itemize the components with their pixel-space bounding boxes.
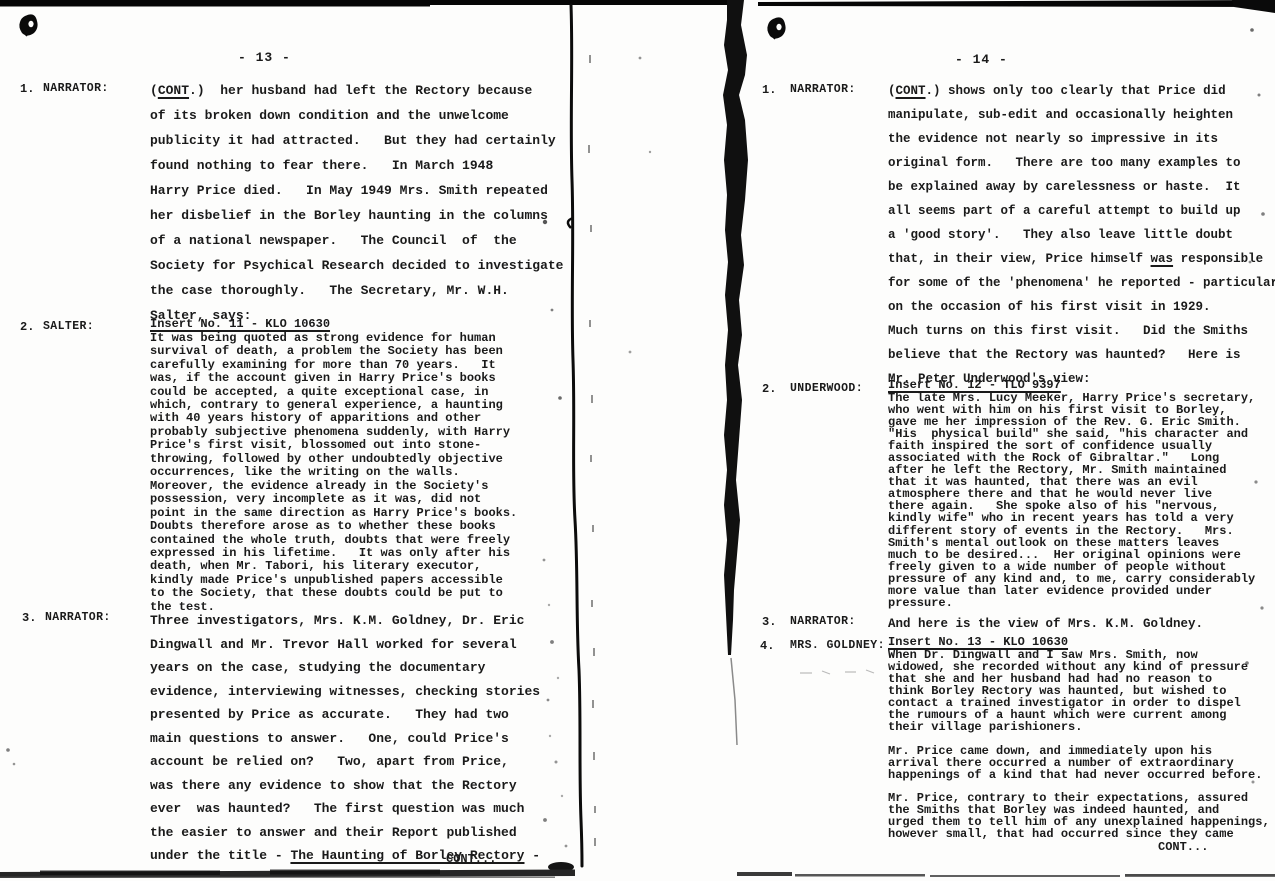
script-line: be explained away by carelessness or has…: [888, 175, 1241, 199]
script-line: the easier to answer and their Report pu…: [150, 821, 540, 845]
entry-number: 3.: [762, 615, 776, 629]
dialogue-block: And here is the view of Mrs. K.M. Goldne…: [888, 612, 1203, 636]
dialogue-block: for some of the 'phenomena' he reported …: [888, 271, 1275, 391]
script-line: Dingwall and Mr. Trevor Hall worked for …: [150, 633, 540, 657]
script-line: Doubts therefore arose as to whether the…: [150, 520, 517, 533]
script-line: all seems part of a careful attempt to b…: [888, 199, 1241, 223]
script-line: Smith's mental outlook on these matters …: [888, 537, 1255, 549]
entry-number: 2.: [762, 382, 776, 396]
script-line: believe that the Rectory was haunted? He…: [888, 343, 1275, 367]
script-line: more value than later evidence provided …: [888, 585, 1255, 597]
cont-marker: CONT...: [1158, 840, 1208, 854]
script-line: of a national newspaper. The Council of …: [150, 228, 563, 253]
script-line: kindly made Price's unpublished papers a…: [150, 574, 517, 587]
speaker-label: SALTER:: [43, 320, 94, 333]
insert-heading: Insert No. 12 - TLO 9397: [888, 379, 1061, 391]
script-line: presented by Price as accurate. They had…: [150, 703, 540, 727]
entry-number: 3.: [22, 611, 36, 625]
script-line: main questions to answer. One, could Pri…: [150, 727, 540, 751]
entry-number: 2.: [20, 320, 34, 334]
insert-paragraph: The late Mrs. Lucy Meeker, Harry Price's…: [888, 392, 1255, 609]
ink-stamp-icon-left: [19, 14, 37, 36]
speaker-label: NARRATOR:: [790, 83, 856, 96]
insert-paragraph: It was being quoted as strong evidence f…: [150, 332, 510, 479]
script-line: years on the case, studying the document…: [150, 656, 540, 680]
script-line: point in the same direction as Harry Pri…: [150, 507, 517, 520]
script-line: survival of death, a problem the Society…: [150, 345, 510, 358]
script-line: throwing, followed by other undoubtedly …: [150, 453, 510, 466]
script-line: occurrences, like the writing on the wal…: [150, 466, 510, 479]
line-part: responsible: [1173, 252, 1263, 266]
script-line: manipulate, sub-edit and occasionally he…: [888, 103, 1241, 127]
ink-stamp-icon-right: [767, 17, 785, 39]
script-line: possession, very incomplete as it was, d…: [150, 493, 517, 506]
script-line: original form. There are too many exampl…: [888, 151, 1241, 175]
dialogue-block: of its broken down condition and the unw…: [150, 103, 563, 328]
line-part: (: [150, 83, 158, 98]
line-part: .) her husband had left the Rectory beca…: [189, 83, 532, 98]
script-line: account be relied on? Two, apart from Pr…: [150, 750, 540, 774]
script-line: Society for Psychical Research decided t…: [150, 253, 563, 278]
script-line: much to be desired... Her original opini…: [888, 549, 1255, 561]
script-line: the case thoroughly. The Secretary, Mr. …: [150, 278, 563, 303]
script-line: Harry Price died. In May 1949 Mrs. Smith…: [150, 178, 563, 203]
script-line: Much turns on this first visit. Did the …: [888, 319, 1275, 343]
script-line: happenings of a kind that had never occu…: [888, 769, 1262, 781]
dialogue-block: Three investigators, Mrs. K.M. Goldney, …: [150, 609, 540, 844]
script-line: could be accepted, a quite exceptional c…: [150, 386, 510, 399]
script-line: Price's first visit, blossomed out into …: [150, 439, 510, 452]
script-line: of its broken down condition and the unw…: [150, 103, 563, 128]
script-line: was, if the account given in Harry Price…: [150, 372, 510, 385]
script-line: Moreover, the evidence already in the So…: [150, 480, 517, 493]
script-line: It was being quoted as strong evidence f…: [150, 332, 510, 345]
line-part: .) shows only too clearly that Price did: [926, 84, 1226, 98]
script-line: pressure of any kind and, to me, carry c…: [888, 573, 1255, 585]
entry-number: 1.: [762, 83, 776, 97]
underlined-word: was: [1151, 252, 1174, 266]
script-line: carefully examining for more than 70 yea…: [150, 359, 510, 372]
dialogue-open-line: (CONT.) her husband had left the Rectory…: [150, 78, 532, 103]
script-line: publicity it had attracted. But they had…: [150, 128, 563, 153]
script-line: found nothing to fear there. In March 19…: [150, 153, 563, 178]
script-line: ever was haunted? The first question was…: [150, 797, 540, 821]
script-line: contained the whole truth, doubts that w…: [150, 534, 517, 547]
speaker-label: NARRATOR:: [45, 611, 111, 624]
dialogue-open-line: (CONT.) shows only too clearly that Pric…: [888, 79, 1226, 103]
page-number: - 14 -: [955, 52, 1008, 67]
insert-paragraph: Mr. Price, contrary to their expectation…: [888, 792, 1270, 840]
script-line: a 'good story'. They also leave little d…: [888, 223, 1241, 247]
entry-number: 1.: [20, 82, 34, 96]
script-line: freely given to a wide number of people …: [888, 561, 1255, 573]
script-line: for some of the 'phenomena' he reported …: [888, 271, 1275, 295]
edge-dash-marks: [589, 55, 595, 846]
script-line: expressed in his lifetime. It was only a…: [150, 547, 517, 560]
speaker-label: MRS. GOLDNEY:: [790, 639, 885, 652]
speaker-label: NARRATOR:: [43, 82, 109, 95]
script-line: on the occasion of his first visit in 19…: [888, 295, 1275, 319]
insert-heading: Insert No. 11 - KLO 10630: [150, 318, 330, 331]
speaker-label: NARRATOR:: [790, 615, 856, 628]
script-line: their village parishioners.: [888, 721, 1248, 733]
cont-marker: CONT...: [446, 852, 496, 866]
dialogue-was-line: that, in their view, Price himself was r…: [888, 247, 1263, 271]
speaker-label: UNDERWOOD:: [790, 382, 863, 395]
script-line: her disbelief in the Borley haunting in …: [150, 203, 563, 228]
script-line: however small, that had occurred since t…: [888, 828, 1270, 840]
entry-number: 4.: [760, 639, 774, 653]
scanned-script-page-spread: - 13 - 1. NARRATOR: (CONT.) her husband …: [0, 0, 1275, 881]
underlined-word: CONT: [896, 84, 926, 98]
line-part: that, in their view, Price himself: [888, 252, 1151, 266]
line-part: -: [524, 848, 540, 863]
page-number: - 13 -: [238, 50, 291, 65]
script-line: evidence, interviewing witnesses, checki…: [150, 680, 540, 704]
script-line: death, when Mr. Tabori, his literary exe…: [150, 560, 517, 573]
script-line: probably subjective phenomena suddenly, …: [150, 426, 510, 439]
script-line: kindly wife" who in recent years has tol…: [888, 512, 1255, 524]
insert-paragraph: When Dr. Dingwall and I saw Mrs. Smith, …: [888, 649, 1248, 733]
script-line: different story of events in the Rectory…: [888, 525, 1255, 537]
script-line: to the Society, that these doubts could …: [150, 587, 517, 600]
script-line: which, contrary to general experience, a…: [150, 399, 510, 412]
insert-paragraph: Mr. Price came down, and immediately upo…: [888, 745, 1262, 781]
script-line: And here is the view of Mrs. K.M. Goldne…: [888, 612, 1203, 636]
insert-heading: Insert No. 13 - KLO 10630: [888, 636, 1068, 648]
script-line: with 40 years history of apparitions and…: [150, 412, 510, 425]
dialogue-block: manipulate, sub-edit and occasionally he…: [888, 103, 1241, 247]
underlined-word: CONT: [158, 83, 189, 98]
pencil-marks: [800, 670, 874, 674]
script-line: was there any evidence to show that the …: [150, 774, 540, 798]
line-part: under the title -: [150, 848, 290, 863]
script-line: the evidence not nearly so impressive in…: [888, 127, 1241, 151]
line-part: (: [888, 84, 896, 98]
insert-paragraph: Moreover, the evidence already in the So…: [150, 480, 517, 614]
script-line: pressure.: [888, 597, 1255, 609]
script-line: Three investigators, Mrs. K.M. Goldney, …: [150, 609, 540, 633]
